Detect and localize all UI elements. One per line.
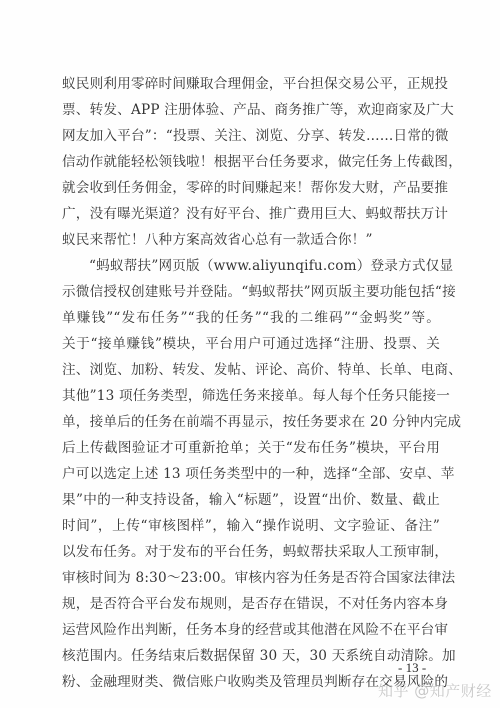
document-page: 蚁民则利用零碎时间赚取合理佣金，平台担保交易公平，正规投 票、转发、APP 注册… [0,0,500,708]
text-line-15: 后上传截图验证才可重新抢单；关于“发布任务”模块，平台用 [62,435,440,461]
text-line-10: 单赚钱”“发布任务”“我的任务”“我的二维码”“金蚂奖”等。 [62,305,440,331]
text-line-7: 蚁民来帮忙！八种方案高效省心总有一款适合你！” [62,227,440,253]
text-line-2: 票、转发、APP 注册体验、产品、商务推广等，欢迎商家及广大 [62,97,440,123]
text-line-3: 网友加入平台”：“投票、关注、浏览、分享、转发……日常的微 [62,123,440,149]
document-body: 蚁民则利用零碎时间赚取合理佣金，平台担保交易公平，正规投 票、转发、APP 注册… [62,71,440,695]
zhihu-watermark: 知乎 @知产财经 [378,680,492,701]
text-line-19: 以发布任务。对于发布的平台任务，蚂蚁帮扶采取人工预审制， [62,539,440,565]
text-line-23: 核范围内。任务结束后数据保留 30 天，30 天系统自动清除。加 [62,643,440,669]
text-line-5: 就会收到任务佣金，零碎的时间赚起来！帮你发大财，产品要推 [62,175,440,201]
text-line-6: 广，没有曝光渠道？没有好平台、推广费用巨大、蚂蚁帮扶万计 [62,201,440,227]
text-line-18: 时间”，上传“审核图样”，输入“操作说明、文字验证、备注” [62,513,440,539]
text-line-22: 运营风险作出判断，任务本身的经营或其他潜在风险不在平台审 [62,617,440,643]
text-line-21: 规，是否符合平台发布规则，是否存在错误，不对任务内容本身 [62,591,440,617]
text-line-13: 其他”13 项任务类型，筛选任务来接单。每人每个任务只能接一 [62,383,440,409]
text-line-14: 单，接单后的任务在前端不再显示，按任务要求在 20 分钟内完成 [62,409,440,435]
text-line-1: 蚁民则利用零碎时间赚取合理佣金，平台担保交易公平，正规投 [62,71,440,97]
text-line-9: 示微信授权创建账号并登陆。“蚂蚁帮扶”网页版主要功能包括“接 [62,279,440,305]
text-line-17: 果”中的一种支持设备，输入“标题”，设置“出价、数量、截止 [62,487,440,513]
text-line-12: 注、浏览、加粉、转发、发帖、评论、高价、特单、长单、电商、 [62,357,440,383]
text-line-4: 信动作就能轻松领钱啦！根据平台任务要求，做完任务上传截图， [62,149,440,175]
page-number: - 13 - [398,660,426,676]
text-line-20: 审核时间为 8:30～23:00。审核内容为任务是否符合国家法律法 [62,565,440,591]
text-line-16: 户可以选定上述 13 项任务类型中的一种，选择“全部、安卓、苹 [62,461,440,487]
text-line-11: 关于“接单赚钱”模块，平台用户可通过选择“注册、投票、关 [62,331,440,357]
text-line-8-paragraph-start: “蚂蚁帮扶”网页版（www.aliyunqifu.com）登录方式仅显 [62,253,440,279]
